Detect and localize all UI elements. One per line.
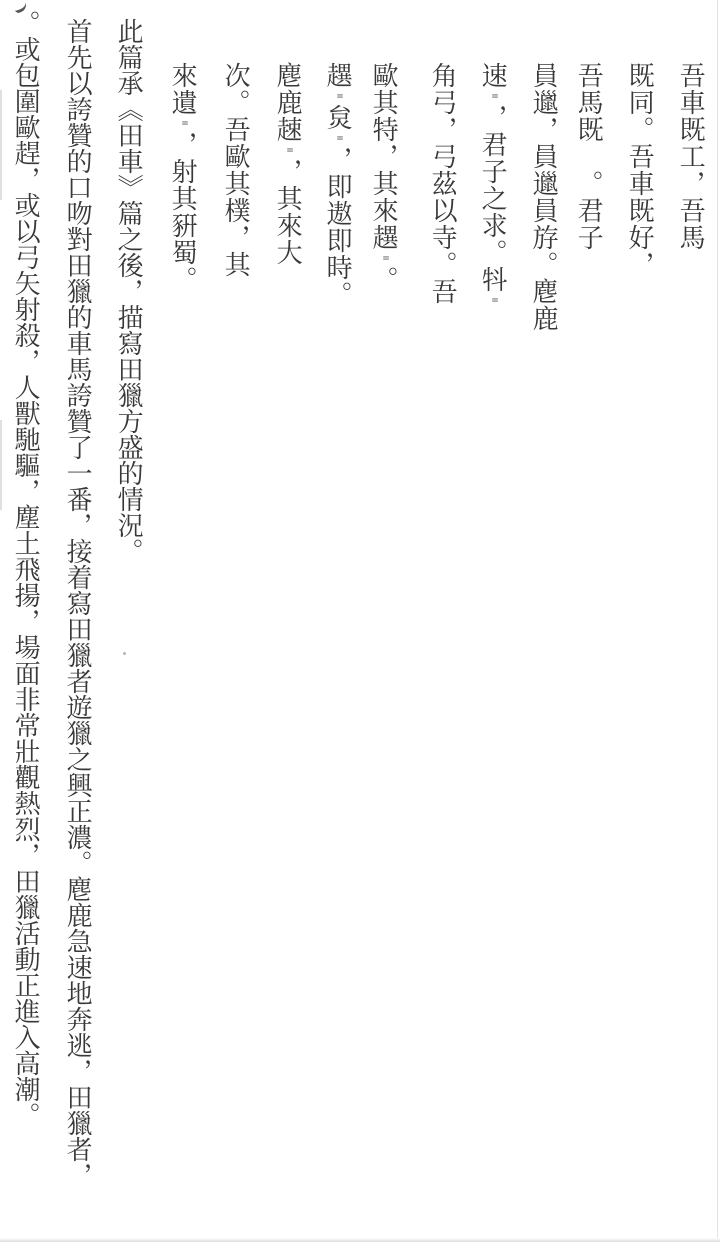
scan-smudge	[0, 420, 2, 510]
poem-column-2: 既同。吾車既好，	[622, 62, 657, 278]
poem-column-10: 次。吾歐其樸，其	[218, 62, 253, 278]
poem-column-4: 員邋，員邋員斿。麀鹿	[526, 62, 561, 332]
poem-column-8: 趩=炱=，即遨即時。	[320, 62, 355, 308]
repetition-mark: =	[488, 293, 502, 308]
scan-speck	[123, 652, 126, 655]
repetition-mark: =	[178, 116, 192, 131]
poem-column-1: 吾車既工，吾馬	[673, 62, 708, 251]
poem-column-5: 速=，君子之求。㸯=	[475, 62, 510, 308]
scan-smudge	[0, 90, 2, 200]
repetition-mark: =	[488, 89, 502, 104]
commentary-column-2: 首先以誇贊的口吻對田獵的車馬誇贊了一番，接着寫田獵者遊獵之興正濃。麀鹿急速地奔逃…	[60, 18, 95, 1188]
poem-column-6: 角弓，弓茲以寺。吾	[425, 62, 460, 305]
poem-column-9: 麀鹿趚=，其來大	[270, 62, 305, 266]
repetition-mark: =	[283, 143, 297, 158]
commentary-column-1: 此篇承《田車》篇之後，描寫田獵方盛的情況。	[111, 18, 146, 564]
page-edge-right	[717, 0, 718, 1242]
repetition-mark: =	[333, 131, 347, 146]
scanned-book-page: 吾車既工，吾馬既同。吾車既好，吾馬既𩣫。君子員邋，員邋員斿。麀鹿速=，君子之求。…	[0, 0, 720, 1242]
page-edge-bottom	[0, 1238, 720, 1242]
poem-column-3: 吾馬既𩣫。君子	[571, 62, 606, 251]
repetition-mark: =	[379, 251, 393, 266]
poem-column-11: 來遺=，射其豣蜀。	[165, 62, 200, 293]
commentary-column-3: 。或包圍歐趕，或以弓矢射殺，人獸馳驅，塵土飛揚，場面非常壯觀熱烈，田獵活動正進入…	[8, 10, 43, 1128]
poem-column-7: 歐其特，其來趩=。	[366, 62, 401, 293]
repetition-mark: =	[333, 89, 347, 104]
